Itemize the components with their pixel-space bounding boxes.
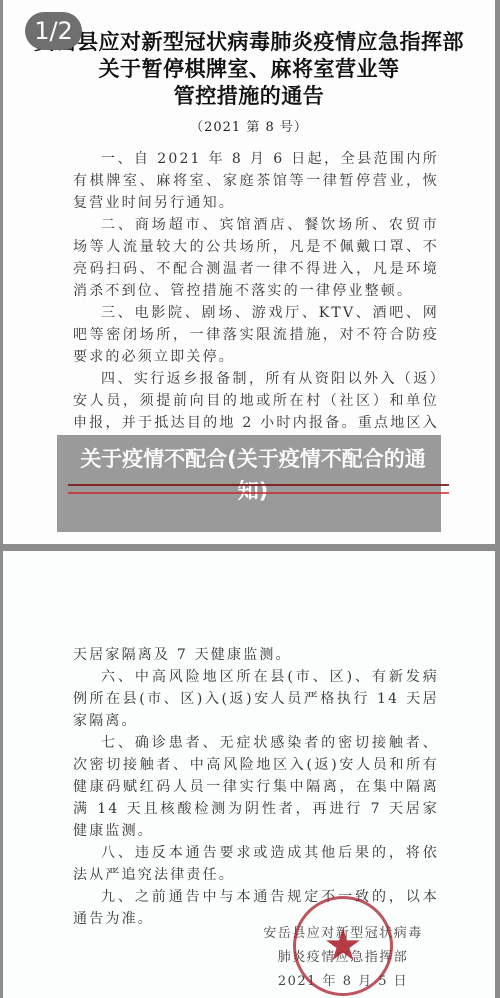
title-line-2: 关于暂停棋牌室、麻将室营业等 bbox=[3, 55, 495, 82]
paragraph-3: 三、电影院、剧场、游戏厅、KTV、酒吧、网吧等密闭场所，一律落实限流措施，对不符… bbox=[73, 302, 439, 368]
paragraph-2: 二、商场超市、宾馆酒店、餐饮场所、农贸市场等人流量较大的公共场所，凡是不佩戴口罩… bbox=[73, 214, 439, 302]
document-number: （2021 第 8 号） bbox=[3, 116, 495, 135]
caption-overlay: 关于疫情不配合(关于疫情不配合的通知) bbox=[57, 435, 441, 532]
star-icon: ★ bbox=[296, 921, 390, 971]
page-indicator-badge: 1/2 bbox=[25, 12, 82, 50]
official-seal: ★ bbox=[293, 896, 393, 996]
paragraph-5-continuation: 天居家隔离及 7 天健康监测。 bbox=[73, 644, 439, 666]
document-page-2: 天居家隔离及 7 天健康监测。 六、中高风险地区所在县(市、区)、有新发病例所在… bbox=[3, 551, 495, 998]
title-line-3: 管控措施的通告 bbox=[3, 82, 495, 109]
paragraph-7: 七、确诊患者、无症状感染者的密切接触者、次密切接触者、中高风险地区入(返)安人员… bbox=[73, 732, 439, 842]
paragraph-1: 一、自 2021 年 8 月 6 日起，全县范围内所有棋牌室、麻将室、家庭茶馆等… bbox=[73, 148, 439, 214]
paragraph-8: 八、违反本通告要求或造成其他后果的，将依法从严追究法律责任。 bbox=[73, 842, 439, 886]
caption-text: 关于疫情不配合(关于疫情不配合的通知) bbox=[65, 443, 441, 507]
page2-body: 天居家隔离及 7 天健康监测。 六、中高风险地区所在县(市、区)、有新发病例所在… bbox=[73, 644, 439, 930]
paragraph-6: 六、中高风险地区所在县(市、区)、有新发病例所在县(市、区)入(返)安人员严格执… bbox=[73, 666, 439, 732]
